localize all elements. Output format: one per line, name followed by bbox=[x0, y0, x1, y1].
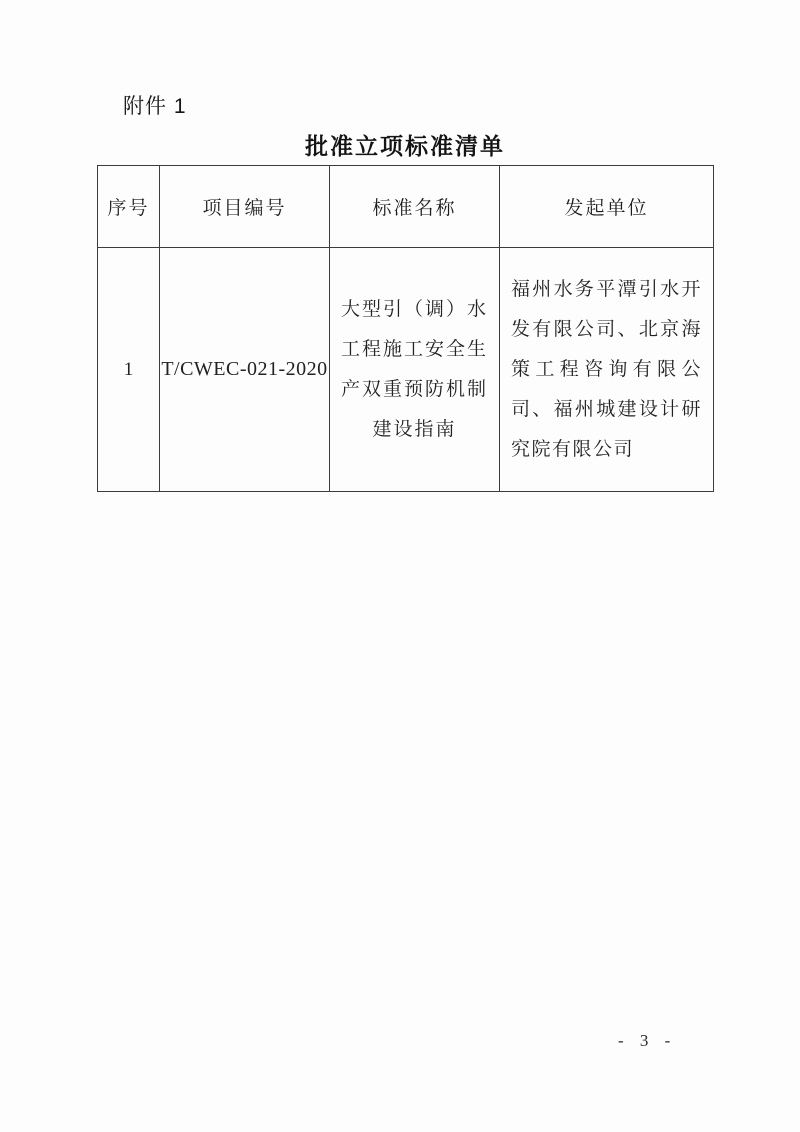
page-number: - 3 - bbox=[618, 1031, 674, 1051]
document-page: 附件 1 批准立项标准清单 序号 项目编号 标准名称 发起单位 1 T/CWEC… bbox=[0, 0, 800, 1132]
column-header-project-code: 项目编号 bbox=[160, 166, 330, 248]
cell-seq: 1 bbox=[98, 248, 160, 492]
cell-initiating-units: 福州水务平潭引水开发有限公司、北京海策工程咨询有限公司、福州城建设计研究院有限公… bbox=[500, 248, 714, 492]
cell-standard-name: 大型引（调）水工程施工安全生产双重预防机制建设指南 bbox=[330, 248, 500, 492]
page-title: 批准立项标准清单 bbox=[97, 128, 713, 161]
approved-standards-table: 序号 项目编号 标准名称 发起单位 1 T/CWEC-021-2020 大型引（… bbox=[97, 165, 714, 492]
column-header-standard-name: 标准名称 bbox=[330, 166, 500, 248]
column-header-seq: 序号 bbox=[98, 166, 160, 248]
cell-project-code: T/CWEC-021-2020 bbox=[160, 248, 330, 492]
attachment-label: 附件 1 bbox=[123, 90, 187, 120]
table-header-row: 序号 项目编号 标准名称 发起单位 bbox=[98, 166, 714, 248]
table-row: 1 T/CWEC-021-2020 大型引（调）水工程施工安全生产双重预防机制建… bbox=[98, 248, 714, 492]
column-header-initiating-unit: 发起单位 bbox=[500, 166, 714, 248]
